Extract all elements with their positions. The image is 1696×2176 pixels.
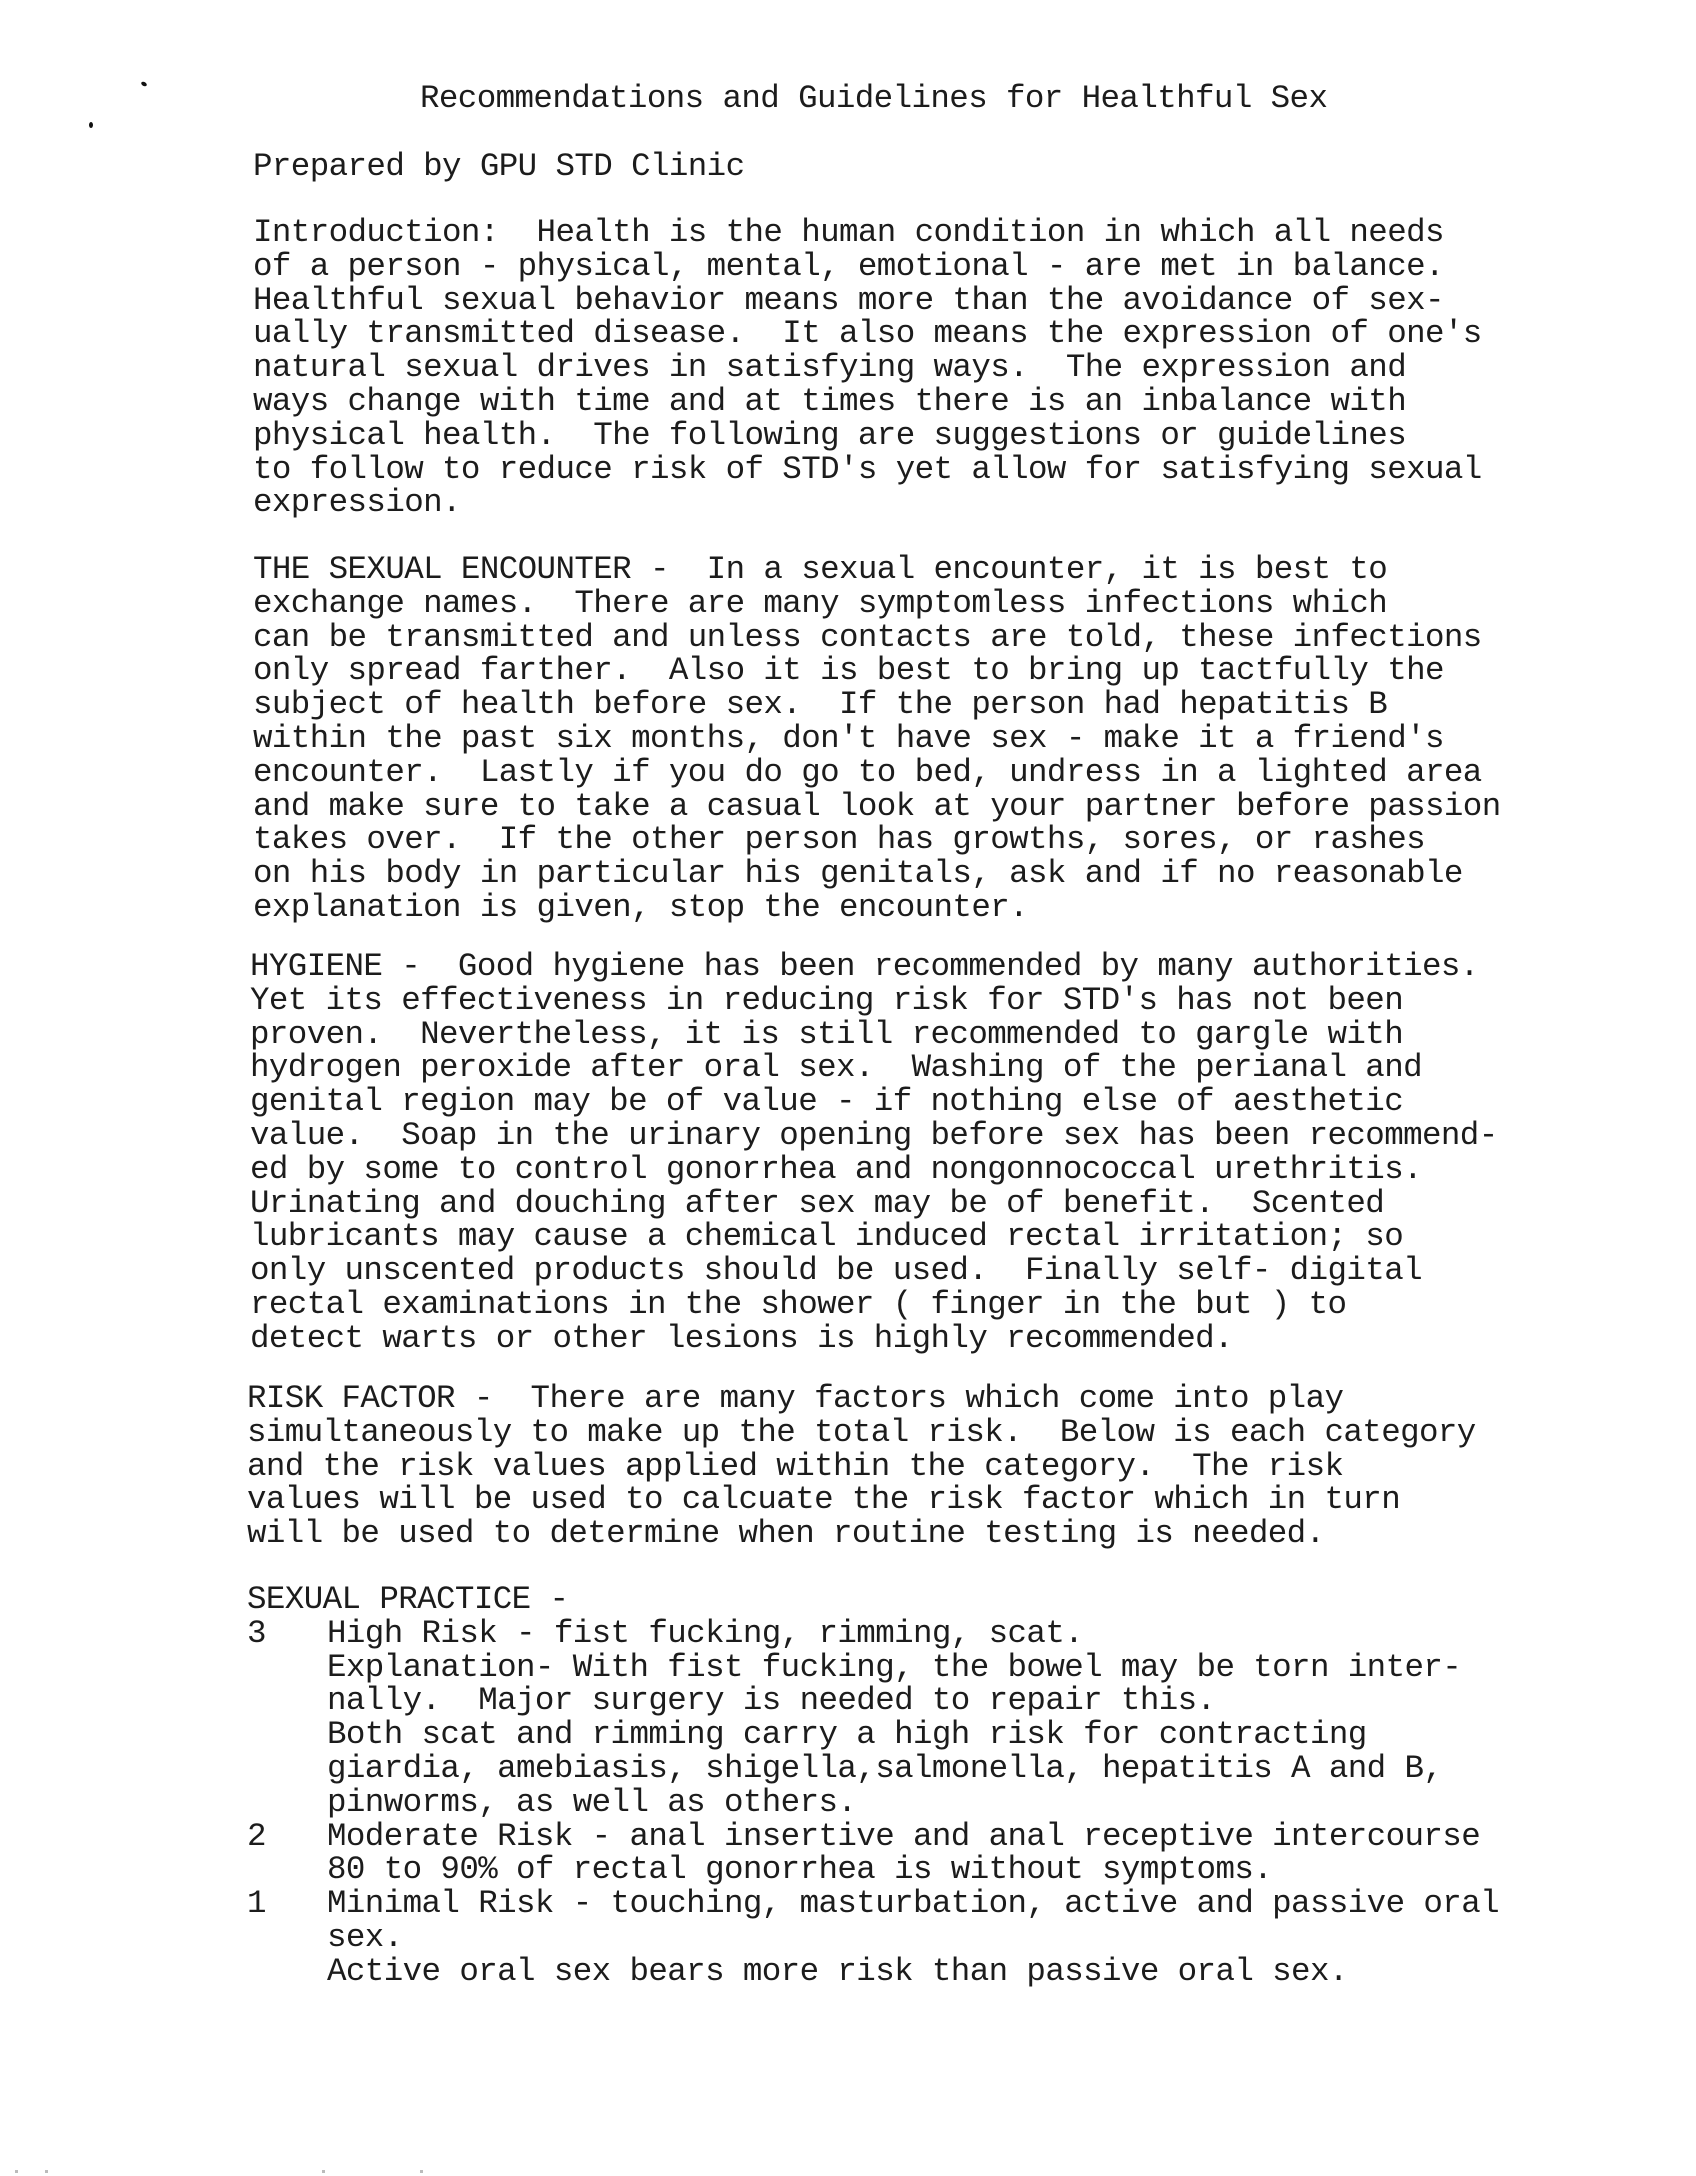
- risk-item-line: Both scat and rimming carry a high risk …: [327, 1718, 1367, 1752]
- section-line: and make sure to take a casual look at y…: [253, 790, 1501, 824]
- risk-item-line: giardia, amebiasis, shigella,salmonella,…: [327, 1752, 1442, 1786]
- section-line: values will be used to calcuate the risk…: [247, 1483, 1400, 1517]
- section-line: only spread farther. Also it is best to …: [253, 654, 1444, 688]
- section-line: subject of health before sex. If the per…: [253, 688, 1387, 722]
- scan-artifact: [322, 2170, 325, 2173]
- sexual-practice-heading: SEXUAL PRACTICE -: [247, 1583, 568, 1617]
- section-line: proven. Nevertheless, it is still recomm…: [250, 1018, 1403, 1052]
- section-line: within the past six months, don't have s…: [253, 722, 1444, 756]
- section-line: RISK FACTOR - There are many factors whi…: [247, 1382, 1343, 1416]
- section-line: physical health. The following are sugge…: [253, 419, 1406, 453]
- risk-item-line: 80 to 90% of rectal gonorrhea is without…: [327, 1853, 1272, 1887]
- section-line: exchange names. There are many symptomle…: [253, 587, 1387, 621]
- section-line: Urinating and douching after sex may be …: [250, 1187, 1384, 1221]
- risk-value: 3: [247, 1617, 266, 1651]
- section-line: ually transmitted disease. It also means…: [253, 317, 1482, 351]
- section-line: will be used to determine when routine t…: [247, 1517, 1324, 1551]
- risk-item-line: Minimal Risk - touching, masturbation, a…: [327, 1887, 1499, 1921]
- section-line: to follow to reduce risk of STD's yet al…: [253, 453, 1482, 487]
- section-line: ways change with time and at times there…: [253, 385, 1406, 419]
- scan-speck: [89, 122, 93, 128]
- section-line: Introduction: Health is the human condit…: [253, 216, 1444, 250]
- risk-value: 1: [247, 1887, 266, 1921]
- risk-item-line: Explanation- With fist fucking, the bowe…: [327, 1651, 1461, 1685]
- section-line: lubricants may cause a chemical induced …: [250, 1220, 1403, 1254]
- section-line: rectal examinations in the shower ( fing…: [250, 1288, 1346, 1322]
- section-line: HYGIENE - Good hygiene has been recommen…: [250, 950, 1479, 984]
- prepared-by: Prepared by GPU STD Clinic: [253, 150, 744, 184]
- section-line: of a person - physical, mental, emotiona…: [253, 250, 1444, 284]
- scan-artifact: [15, 2170, 18, 2173]
- risk-value: 2: [247, 1820, 266, 1854]
- section-line: can be transmitted and unless contacts a…: [253, 621, 1482, 655]
- section-line: takes over. If the other person has grow…: [253, 823, 1425, 857]
- risk-item-line: pinworms, as well as others.: [327, 1786, 856, 1820]
- section-line: expression.: [253, 486, 461, 520]
- risk-item-line: Active oral sex bears more risk than pas…: [327, 1955, 1348, 1989]
- risk-item-line: sex.: [327, 1921, 403, 1955]
- scan-artifact: [420, 2170, 423, 2173]
- section-line: simultaneously to make up the total risk…: [247, 1416, 1476, 1450]
- section-line: and the risk values applied within the c…: [247, 1450, 1343, 1484]
- section-line: genital region may be of value - if noth…: [250, 1085, 1403, 1119]
- section-line: ed by some to control gonorrhea and nong…: [250, 1153, 1422, 1187]
- document-title: Recommendations and Guidelines for Healt…: [420, 82, 1327, 116]
- section-line: hydrogen peroxide after oral sex. Washin…: [250, 1051, 1422, 1085]
- section-line: explanation is given, stop the encounter…: [253, 891, 1028, 925]
- scan-artifact: [45, 2170, 48, 2173]
- section-line: only unscented products should be used. …: [250, 1254, 1422, 1288]
- section-line: Yet its effectiveness in reducing risk f…: [250, 984, 1403, 1018]
- scan-speck: [140, 81, 147, 87]
- section-line: detect warts or other lesions is highly …: [250, 1322, 1233, 1356]
- section-line: Healthful sexual behavior means more tha…: [253, 284, 1444, 318]
- section-line: natural sexual drives in satisfying ways…: [253, 351, 1406, 385]
- section-line: THE SEXUAL ENCOUNTER - In a sexual encou…: [253, 553, 1387, 587]
- risk-item-line: nally. Major surgery is needed to repair…: [327, 1684, 1215, 1718]
- section-line: encounter. Lastly if you do go to bed, u…: [253, 756, 1482, 790]
- risk-item-line: Moderate Risk - anal insertive and anal …: [327, 1820, 1480, 1854]
- document-page: Recommendations and Guidelines for Healt…: [0, 0, 1696, 2176]
- section-line: on his body in particular his genitals, …: [253, 857, 1463, 891]
- section-line: value. Soap in the urinary opening befor…: [250, 1119, 1498, 1153]
- risk-item-line: High Risk - fist fucking, rimming, scat.: [327, 1617, 1083, 1651]
